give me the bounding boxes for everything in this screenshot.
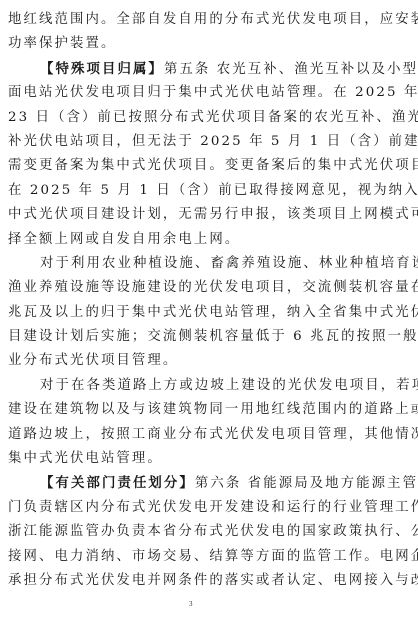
text-line: 接网、电力消纳、市场交易、结算等方面的监管工作。电网企业 <box>8 545 362 569</box>
text-line: 需变更备案为集中式光伏项目。变更备案后的集中式光伏项目如 <box>8 154 362 178</box>
article-text: 第六条 省能源局及地方能源主管部 <box>195 476 418 491</box>
text-line: 业分布式光伏项目管理。 <box>8 349 362 373</box>
text-line: 对于在各类道路上方或边坡上建设的光伏发电项目，若项目 <box>8 374 362 398</box>
text-line: 承担分布式光伏发电并网条件的落实或者认定、电网接入与改造 <box>8 569 362 593</box>
text-line: 功率保护装置。 <box>8 32 362 56</box>
text-line: 兆瓦及以上的归于集中式光伏电站管理，纳入全省集中式光伏项 <box>8 301 362 325</box>
text-line: 面电站光伏发电项目归于集中式光伏电站管理。在 2025 年 1 月 <box>8 81 362 105</box>
text-line: 门负责辖区内分布式光伏发电开发建设和运行的行业管理工作。 <box>8 496 362 520</box>
text-line: 目建设计划后实施；交流侧装机容量低于 6 兆瓦的按照一般工商 <box>8 325 362 349</box>
text-line: 【特殊项目归属】第五条 农光互补、渔光互补以及小型地 <box>8 57 362 81</box>
text-line: 地红线范围内。全部自发自用的分布式光伏发电项目，应安装逆 <box>8 8 362 32</box>
text-line: 补光伏电站项目，但无法于 2025 年 5 月 1 日（含）前建成投产， <box>8 130 362 154</box>
text-line: 择全额上网或自发自用余电上网。 <box>8 228 362 252</box>
text-line: 中式光伏项目建设计划，无需另行申报，该类项目上网模式可选 <box>8 203 362 227</box>
section-heading: 【有关部门责任划分】 <box>40 475 195 491</box>
section-heading: 【特殊项目归属】 <box>40 61 164 77</box>
article-text: 第五条 农光互补、渔光互补以及小型地 <box>164 62 418 77</box>
document-page: 地红线范围内。全部自发自用的分布式光伏发电项目，应安装逆 功率保护装置。 【特殊… <box>8 8 362 593</box>
text-line: 建设在建筑物以及与该建筑物同一用地红线范围内的道路上或 <box>8 398 362 422</box>
page-number: 3 <box>189 600 193 608</box>
text-line: 渔业养殖设施等设施建设的光伏发电项目，交流侧装机容量在 6 <box>8 276 362 300</box>
text-line: 浙江能源监管办负责本省分布式光伏发电的国家政策执行、公平 <box>8 520 362 544</box>
text-line: 23 日（含）前已按照分布式光伏项目备案的农光互补、渔光互 <box>8 106 362 130</box>
text-line: 【有关部门责任划分】第六条 省能源局及地方能源主管部 <box>8 471 362 495</box>
text-line: 集中式光伏电站管理。 <box>8 447 362 471</box>
text-line: 道路边坡上，按照工商业分布式光伏发电项目管理，其他情况按 <box>8 423 362 447</box>
text-line: 在 2025 年 5 月 1 日（含）前已取得接网意见，视为纳入全省集 <box>8 179 362 203</box>
text-line: 对于利用农业种植设施、畜禽养殖设施、林业种植培育设施、 <box>8 252 362 276</box>
